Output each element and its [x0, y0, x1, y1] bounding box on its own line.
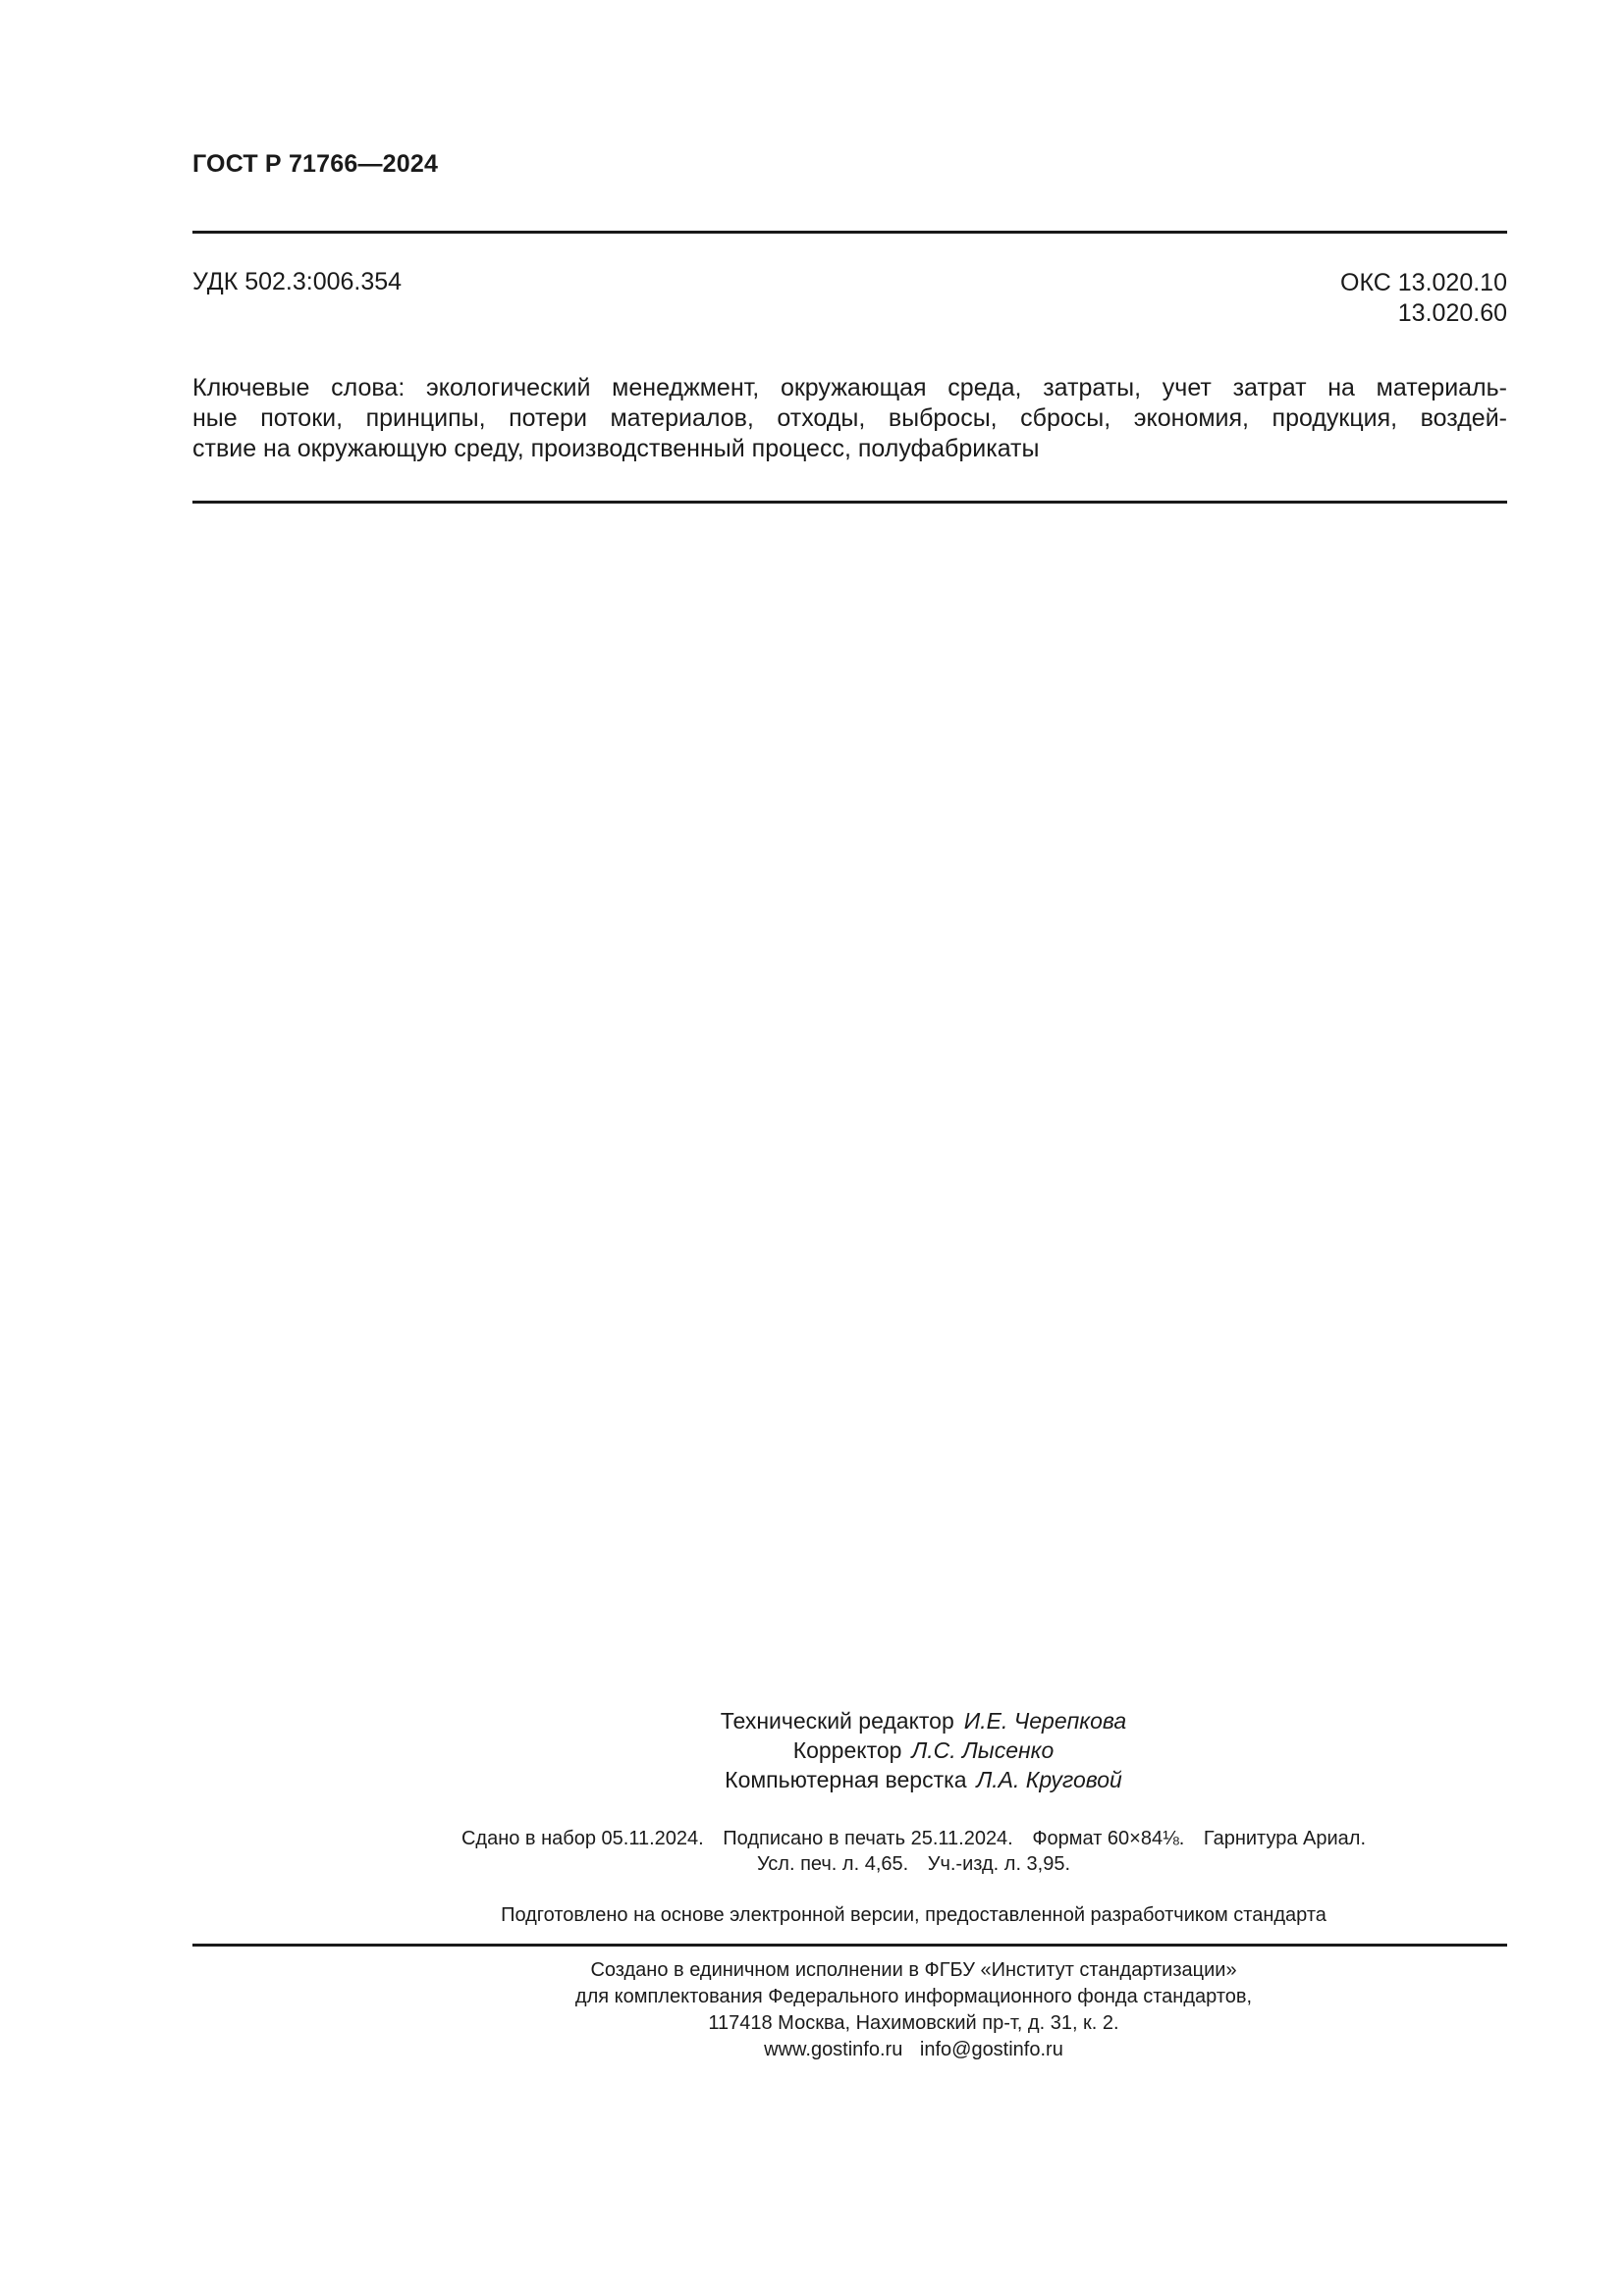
oks-code-primary: ОКС 13.020.10: [1340, 268, 1507, 298]
typeface: Гарнитура Ариал.: [1204, 1828, 1366, 1849]
website-link[interactable]: www.gostinfo.ru: [764, 2039, 902, 2060]
credit-proofreader: КорректорЛ.С. Лысенко: [340, 1735, 1507, 1765]
imprint-line-2: Усл. печ. л. 4,65. Уч.-изд. л. 3,95.: [320, 1851, 1507, 1877]
credit-layout: Компьютерная версткаЛ.А. Круговой: [340, 1765, 1507, 1794]
document-code: ГОСТ Р 71766—2024: [192, 150, 438, 179]
document-page: ГОСТ Р 71766—2024 УДК 502.3:006.354 ОКС …: [192, 0, 1507, 2296]
credit-role: Технический редактор: [721, 1708, 954, 1734]
divider-bottom: [192, 1944, 1507, 1947]
imprint-block: Сдано в набор 05.11.2024. Подписано в пе…: [192, 1826, 1507, 1877]
credit-technical-editor: Технический редакторИ.Е. Черепкова: [340, 1706, 1507, 1735]
email-link[interactable]: info@gostinfo.ru: [920, 2039, 1063, 2060]
paper-format: Формат 60×84⅛.: [1032, 1828, 1184, 1849]
keywords-line: ные потоки, принципы, потери материалов,…: [192, 403, 1507, 434]
publisher-line: Создано в единичном исполнении в ФГБУ «И…: [320, 1957, 1507, 1984]
oks-code-secondary: 13.020.60: [1340, 298, 1507, 329]
divider-keywords: [192, 501, 1507, 504]
typeset-date: Сдано в набор 05.11.2024.: [461, 1828, 704, 1849]
print-signed-date: Подписано в печать 25.11.2024.: [723, 1828, 1012, 1849]
publishing-sheets: Уч.-изд. л. 3,95.: [928, 1853, 1070, 1875]
keywords-paragraph: Ключевые слова: экологический менеджмент…: [192, 373, 1507, 464]
divider-top: [192, 231, 1507, 234]
keywords-line: Ключевые слова: экологический менеджмент…: [192, 373, 1507, 403]
credits-block: Технический редакторИ.Е. Черепкова Корре…: [192, 1706, 1507, 1794]
publisher-line: для комплектования Федерального информац…: [320, 1984, 1507, 2010]
prepared-note: Подготовлено на основе электронной верси…: [192, 1904, 1507, 1927]
credit-person: Л.А. Круговой: [977, 1767, 1122, 1792]
credit-role: Компьютерная верстка: [725, 1767, 966, 1792]
printed-sheets: Усл. печ. л. 4,65.: [757, 1853, 908, 1875]
publisher-contacts: www.gostinfo.ru info@gostinfo.ru: [320, 2037, 1507, 2063]
credit-person: И.Е. Черепкова: [964, 1708, 1126, 1734]
udk-code: УДК 502.3:006.354: [192, 268, 402, 296]
credit-role: Корректор: [793, 1737, 902, 1763]
imprint-line-1: Сдано в набор 05.11.2024. Подписано в пе…: [320, 1826, 1507, 1851]
keywords-line: ствие на окружающую среду, производствен…: [192, 434, 1507, 464]
oks-codes: ОКС 13.020.10 13.020.60: [1340, 268, 1507, 329]
credit-person: Л.С. Лысенко: [911, 1737, 1054, 1763]
publisher-address: 117418 Москва, Нахимовский пр-т, д. 31, …: [320, 2010, 1507, 2037]
publisher-block: Создано в единичном исполнении в ФГБУ «И…: [192, 1957, 1507, 2063]
